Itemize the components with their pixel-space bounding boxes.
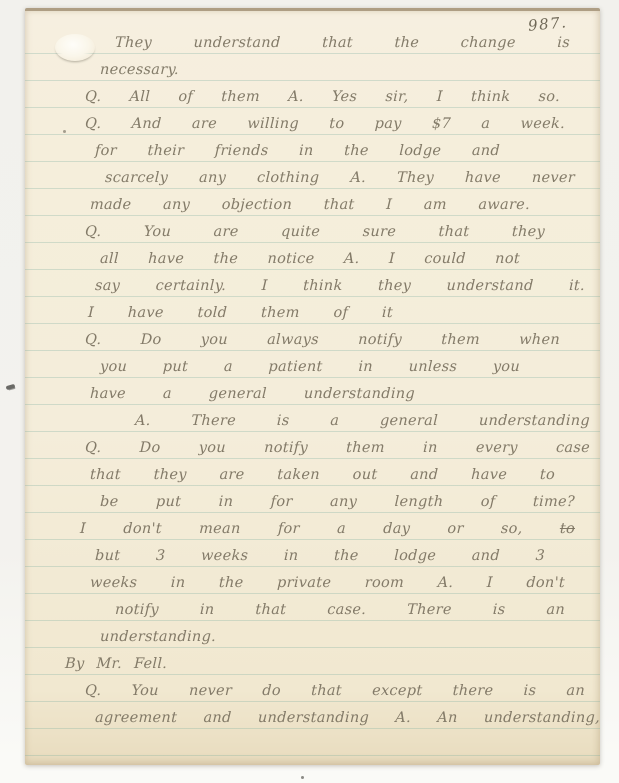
manuscript-line: have a general understanding [90,383,416,405]
manuscript-line: Q. You are quite sure that they [85,221,546,243]
manuscript-line: Q. Do you always notify them when [85,329,561,351]
manuscript-line: I don't mean for a day or so, to [80,518,576,540]
manuscript-line: understanding. [100,626,217,648]
manuscript-line: for their friends in the lodge and [95,140,501,162]
manuscript-line: Q. All of them A. Yes sir, I think so. [85,86,561,108]
manuscript-line: all have the notice A. I could not [100,248,521,270]
manuscript-line: you put a patient in unless you [100,356,521,378]
manuscript-line: weeks in the private room A. I don't [90,572,566,594]
manuscript-line: I have told them of it [88,302,394,324]
dust-dot-bottom [301,776,304,779]
manuscript-line: that they are taken out and have to [90,464,556,486]
manuscript-line: A. There is a general understanding [135,410,591,432]
manuscript-page: 987. They understand that the change isn… [25,8,600,765]
ink-speck-left [6,384,16,390]
margin-dot [63,130,66,133]
struck-word: to [560,521,576,537]
hole-punch-blemish [55,34,95,61]
manuscript-line: Q. And are willing to pay $7 a week. [85,113,566,135]
manuscript-line: notify in that case. There is an [115,599,566,621]
manuscript-line: but 3 weeks in the lodge and 3 [95,545,546,567]
manuscript-line: necessary. [100,59,180,81]
manuscript-line: scarcely any clothing A. They have never [105,167,576,189]
manuscript-line: be put in for any length of time? [100,491,576,513]
manuscript-line: agreement and understanding A. An unders… [95,707,601,729]
manuscript-line: Q. Do you notify them in every case [85,437,591,459]
manuscript-line: Q. You never do that except there is an [85,680,586,702]
manuscript-line: made any objection that I am aware. [90,194,531,216]
manuscript-line: say certainly. I think they understand i… [95,275,586,297]
manuscript-line: By Mr. Fell. [65,653,168,675]
manuscript-line: They understand that the change is [115,32,571,54]
